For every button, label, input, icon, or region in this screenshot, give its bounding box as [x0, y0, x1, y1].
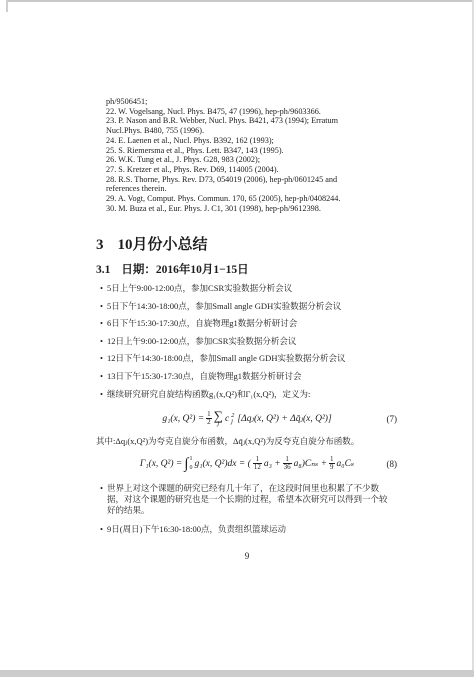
bullet-icon: • — [100, 336, 107, 347]
fraction-numerator: 1 — [207, 411, 211, 419]
eq7-lhs: g₁(x, Q²) = — [162, 414, 204, 424]
schedule-bullet-list: • 5日上午9:00-12:00点，参加CSR实验数据分析会议 • 5日下午14… — [96, 283, 398, 382]
summary-text: 世界上对这个课题的研究已经有几十年了，在这段时间里也积累了不少数据，对这个课题的… — [107, 483, 391, 515]
fraction-numerator: 1 — [256, 456, 260, 464]
reference-line: 30. M. Buza et al., Eur. Phys. J. C1, 30… — [106, 204, 398, 214]
fraction-denominator: 2 — [206, 418, 212, 427]
equation-8: Γ₁(x, Q²) = ∫ 1 0 g₁(x, Q²)dx = ( 1 12 a… — [96, 454, 398, 474]
list-item: • 世界上对这个课题的研究已经有几十年了，在这段时间里也积累了不少数据，对这个课… — [96, 483, 398, 515]
reference-line: Nucl.Phys. B480, 755 (1996). — [106, 126, 398, 136]
basketball-item-text: 9日(周日)下午16:30-18:00点，负责组织篮球运动 — [107, 524, 391, 535]
sum-operator: ∑ j — [214, 410, 223, 427]
reference-line: ph/9506451; — [106, 97, 398, 107]
fraction-numerator: 1 — [330, 456, 334, 464]
bullet-icon: • — [100, 371, 107, 382]
section-number: 3 — [96, 237, 104, 253]
fraction-one-half: 1 2 — [206, 411, 212, 427]
subsection-title: 日期：2016年10月1−15日 — [121, 264, 248, 276]
fraction-one-twelfth: 1 12 — [253, 456, 262, 472]
equation-where-clause: 其中:Δqⱼ(x,Q²)为夸克自旋分布函数，Δq̄ⱼ(x,Q²)为反夸克自旋分布… — [96, 436, 398, 447]
integral-upper-limit: 1 — [189, 456, 192, 462]
page-corner-edge — [6, 0, 8, 12]
eq8-term2: a₈)Cₙₛ + — [294, 458, 327, 469]
reference-line: 29. A. Vogt, Comput. Phys. Commun. 170, … — [106, 194, 398, 204]
eq8-lhs: Γ₁(x, Q²) = — [140, 459, 183, 469]
text-column: ph/9506451; 22. W. Vogelsang, Nucl. Phys… — [96, 0, 398, 542]
eq7-c: c — [225, 414, 229, 424]
list-item: • 5日下午14:30-18:00点，参加Small angle GDH实验数据… — [96, 301, 398, 312]
reference-line: 22. W. Vogelsang, Nucl. Phys. B475, 47 (… — [106, 107, 398, 117]
reference-line: 24. E. Laenen et al., Nucl. Phys. B392, … — [106, 136, 398, 146]
integral-lower-limit: 0 — [189, 465, 192, 471]
subsection-heading: 3.1日期：2016年10月1−15日 — [96, 264, 398, 277]
page-number: 9 — [96, 551, 398, 561]
eq7-rhs: [Δqⱼ(x, Q²) + Δq̄ⱼ(x, Q²)] — [237, 413, 331, 424]
equation-number: (7) — [387, 414, 398, 424]
section-heading: 310月份小总结 — [96, 237, 398, 253]
fraction-one-ninth: 1 9 — [329, 456, 335, 472]
reference-line: 23. P. Nason and B.R. Webber, Nucl. Phys… — [106, 116, 398, 126]
schedule-item-text: 12日下午14:30-18:00点，参加Small angle GDH实验数据分… — [107, 353, 391, 364]
schedule-item-text: 13日下午15:30-17:30点，自旋物理g1数据分析研讨会 — [107, 371, 391, 382]
bullet-icon: • — [100, 353, 107, 364]
equation-number: (8) — [387, 459, 398, 469]
bullet-icon: • — [100, 524, 107, 535]
reference-line: 27. S. Kretzer et al., Phys. Rev. D69, 1… — [106, 165, 398, 175]
list-item: • 13日下午15:30-17:30点，自旋物理g1数据分析研讨会 — [96, 371, 398, 382]
schedule-item-text: 6日下午15:30-17:30点，自旋物理g1数据分析研讨会 — [107, 318, 391, 329]
integral-operator: ∫ 1 0 — [184, 456, 192, 471]
bullet-icon: • — [100, 318, 107, 329]
eq8-term3: a₀Cₛ — [337, 458, 355, 469]
page-bottom-edge — [0, 670, 474, 677]
fraction-denominator: 36 — [283, 463, 292, 472]
document-page: ph/9506451; 22. W. Vogelsang, Nucl. Phys… — [0, 0, 474, 677]
list-item: • 继续研究研究自旋结构函数g₁(x,Q²)和Γ₁(x,Q²)，定义为: — [96, 389, 398, 400]
eq8-mid: g₁(x, Q²)dx = ( — [194, 459, 250, 469]
equation-7: g₁(x, Q²) = 1 2 ∑ j c 2 j [Δqⱼ(x, Q²) + … — [96, 409, 398, 429]
schedule-item-text: 5日上午9:00-12:00点，参加CSR实验数据分析会议 — [107, 283, 391, 294]
fraction-denominator: 9 — [329, 463, 335, 472]
subsection-number: 3.1 — [96, 264, 110, 276]
schedule-item-text: 5日下午14:30-18:00点，参加Small angle GDH实验数据分析… — [107, 301, 391, 312]
c-subscript: j — [231, 419, 233, 425]
section-title: 10月份小总结 — [118, 237, 208, 253]
fraction-one-thirtysixth: 1 36 — [283, 456, 292, 472]
list-item: • 5日上午9:00-12:00点，参加CSR实验数据分析会议 — [96, 283, 398, 294]
references-list: ph/9506451; 22. W. Vogelsang, Nucl. Phys… — [106, 97, 398, 213]
schedule-item-text: 12日上午9:00-12:00点，参加CSR实验数据分析会议 — [107, 336, 391, 347]
integral-limits: 1 0 — [189, 456, 192, 471]
integral-symbol: ∫ — [184, 457, 188, 471]
list-item: • 9日(周日)下午16:30-18:00点，负责组织篮球运动 — [96, 524, 398, 535]
bullet-icon: • — [100, 301, 107, 312]
bullet-icon: • — [100, 283, 107, 294]
list-item: • 12日下午14:30-18:00点，参加Small angle GDH实验数… — [96, 353, 398, 364]
list-item: • 12日上午9:00-12:00点，参加CSR实验数据分析会议 — [96, 336, 398, 347]
sum-index: j — [217, 421, 219, 427]
bullet-icon: • — [100, 483, 107, 515]
bullet-icon: • — [100, 389, 107, 400]
eq8-term1: a₃ + — [264, 459, 281, 469]
research-intro-text: 继续研究研究自旋结构函数g₁(x,Q²)和Γ₁(x,Q²)，定义为: — [107, 389, 391, 400]
reference-line: 26. W.K. Tung et al., J. Phys. G28, 983 … — [106, 155, 398, 165]
fraction-numerator: 1 — [285, 456, 289, 464]
reference-line: 28. R.S. Thorne, Phys. Rev. D73, 054019 … — [106, 175, 398, 185]
list-item: • 6日下午15:30-17:30点，自旋物理g1数据分析研讨会 — [96, 318, 398, 329]
reference-line: references therein. — [106, 184, 398, 194]
fraction-denominator: 12 — [253, 463, 262, 472]
c-superscript-subscript: 2 j — [231, 413, 234, 425]
reference-line: 25. S. Riemersma et al., Phys. Lett. B34… — [106, 146, 398, 156]
